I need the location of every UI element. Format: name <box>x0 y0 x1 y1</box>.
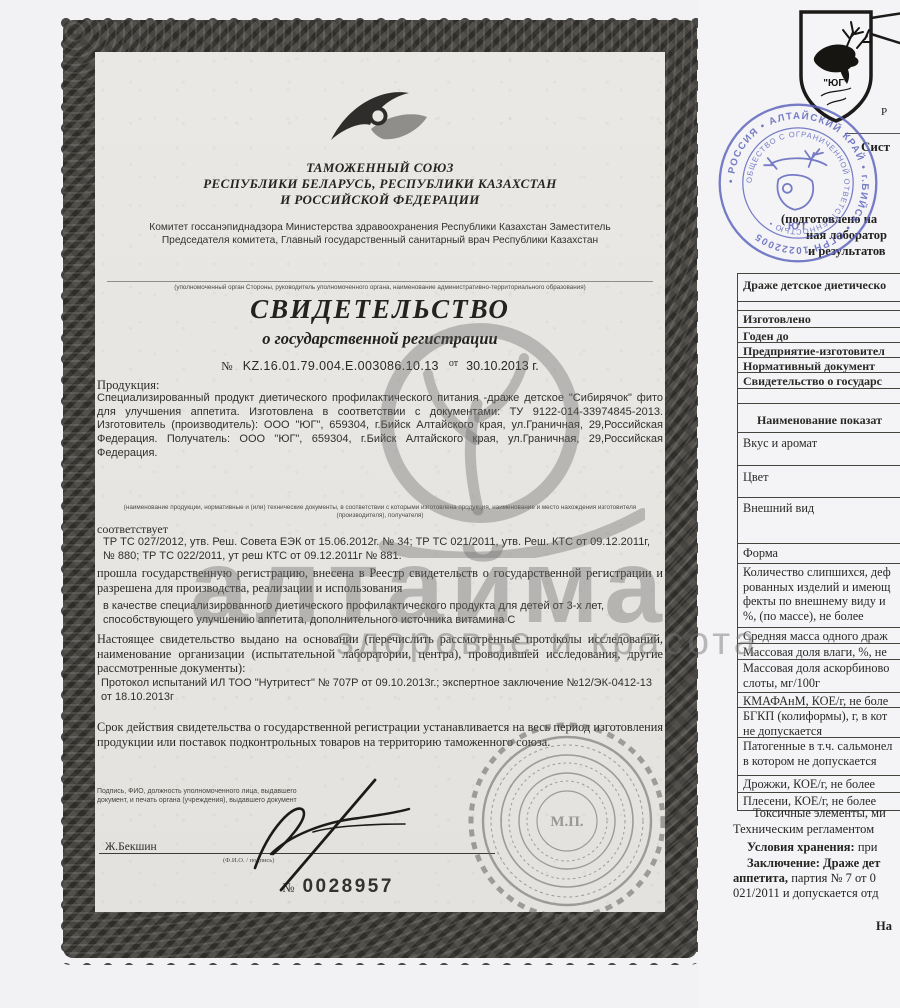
document-subtitle: о государственной регистрации <box>95 329 665 349</box>
number-sign: № <box>221 359 232 373</box>
union-line-2: РЕСПУБЛИКИ БЕЛАРУСЬ, РЕСПУБЛИКИ КАЗАХСТА… <box>95 176 665 192</box>
usage-statement: в качестве специализированного диетическ… <box>103 599 661 627</box>
table-row: Изготовлено <box>738 311 900 328</box>
authority-footnote: (уполномоченный орган Стороны, руководит… <box>101 284 659 292</box>
footer-line-bold: Заключение: <box>747 856 820 870</box>
table-row: БГКП (колиформы), г, в кот не допускаетс… <box>738 708 900 738</box>
footer-line: Заключение: Драже дет <box>733 856 900 870</box>
shield-company-label: "ЮГ" <box>823 78 849 89</box>
test-protocol-text: Протокол испытаний ИЛ ТОО "Нутритест" № … <box>101 676 661 704</box>
mp-stamp-label: М.П. <box>550 814 584 830</box>
footer-line-text: при <box>855 840 878 854</box>
blue-company-stamp-icon: • РОССИЯ • АЛТАЙСКИЙ КРАЙ • г.БИЙСК • ОГ… <box>700 94 896 272</box>
issuing-authority-text: Комитет госсанэпиднадзора Министерства з… <box>120 222 640 247</box>
table-row: Массовая доля влаги, %, не <box>738 644 900 660</box>
signatory-name: Ж.Бекшин <box>105 841 157 853</box>
table-row: Дрожжи, КОЕ/г, не более <box>738 776 900 793</box>
footer-line: Техническим регламентом <box>733 822 900 836</box>
fragment-bottom-right: На <box>876 919 892 934</box>
registration-date: 30.10.2013 г. <box>466 359 539 373</box>
footer-line: аппетита, партия № 7 от 0 <box>733 871 900 885</box>
table-row: Цвет <box>738 466 900 498</box>
footer-line-text: 021/2011 и допускается отд <box>733 886 879 900</box>
mp-round-stamp-icon: М.П. <box>462 716 672 926</box>
table-row: Нормативный документ <box>738 358 900 373</box>
technical-regulations-text: ТР ТС 027/2012, утв. Реш. Совета ЕЭК от … <box>103 536 663 564</box>
table-row: Драже детское диетическо <box>738 274 900 302</box>
footer-line-text: Драже дет <box>820 856 881 870</box>
table-row: Патогенные в т.ч. сальмонел в котором не… <box>738 738 900 776</box>
certificate-ornate-border: ТАМОЖЕННЫЙ СОЮЗ РЕСПУБЛИКИ БЕЛАРУСЬ, РЕС… <box>63 20 697 958</box>
footer-line-text: Токсичные элементы, ми <box>753 806 886 820</box>
table-header-row: Наименование показат <box>738 404 900 433</box>
conforms-label: соответствует <box>97 522 168 537</box>
document-title: СВИДЕТЕЛЬСТВО <box>95 294 665 325</box>
footer-line: Условия хранения: при <box>733 840 900 854</box>
footer-line-bold: аппетита, <box>733 871 788 885</box>
date-preposition: от <box>449 358 458 369</box>
registration-number-line: №KZ.16.01.79.004.E.003086.10.13от30.10.2… <box>95 358 665 374</box>
authority-underline <box>107 281 653 282</box>
table-row: Количество слипшихся, деф рованных издел… <box>738 564 900 628</box>
product-footnote: (наименование продукции, нормативные и (… <box>101 504 659 519</box>
table-row-spacer <box>738 389 900 404</box>
footer-line-text: партия № 7 от 0 <box>788 871 876 885</box>
table-row: Внешний вид <box>738 498 900 544</box>
table-row: Средняя масса одного драж <box>738 628 900 644</box>
basis-statement: Настоящее свидетельство выдано на основа… <box>97 632 663 676</box>
footer-line: Токсичные элементы, ми <box>733 806 900 820</box>
registration-number: KZ.16.01.79.004.E.003086.10.13 <box>243 359 439 373</box>
table-row: Форма <box>738 544 900 564</box>
footer-line-text: Техническим регламентом <box>733 822 874 836</box>
footer-line-bold: Условия хранения: <box>747 840 855 854</box>
table-row: КМАФАнМ, КОЕ/г, не боле <box>738 693 900 708</box>
table-row: Свидетельство о государс <box>738 373 900 389</box>
table-row: Предприятие-изготовител <box>738 343 900 358</box>
union-header: ТАМОЖЕННЫЙ СОЮЗ РЕСПУБЛИКИ БЕЛАРУСЬ, РЕС… <box>95 160 665 208</box>
product-label: Продукция: <box>97 378 159 393</box>
table-row-spacer <box>738 302 900 311</box>
registration-statement: прошла государственную регистрацию, внес… <box>97 566 663 595</box>
certificate-paper: ТАМОЖЕННЫЙ СОЮЗ РЕСПУБЛИКИ БЕЛАРУСЬ, РЕС… <box>95 52 665 912</box>
customs-union-logo-icon <box>321 86 441 148</box>
quality-indicators-table: Драже детское диетическо Изготовлено Год… <box>737 273 900 811</box>
table-row: Массовая доля аскорбиново слоты, мг/100г <box>738 660 900 693</box>
table-row: Годен до <box>738 328 900 343</box>
union-line-1: ТАМОЖЕННЫЙ СОЮЗ <box>95 160 665 176</box>
signature-icon <box>223 772 433 902</box>
stamp-center-label: Ю Г <box>788 220 808 232</box>
product-description: Специализированный продукт диетического … <box>97 392 663 461</box>
table-row: Вкус и аромат <box>738 433 900 466</box>
union-line-3: И РОССИЙСКОЙ ФЕДЕРАЦИИ <box>95 192 665 208</box>
footer-line: 021/2011 и допускается отд <box>733 886 900 900</box>
